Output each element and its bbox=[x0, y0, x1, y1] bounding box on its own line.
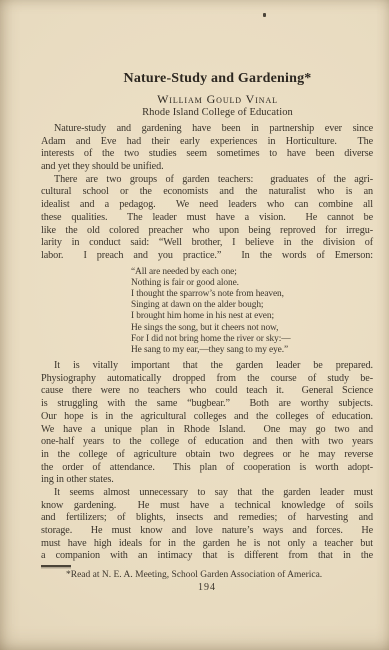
text-line: I thought the sparrow’s note from heaven… bbox=[131, 289, 373, 300]
text-line: like the old colored preacher who upon b… bbox=[41, 225, 373, 238]
heading-block: Nature-Study and Gardening* William Goul… bbox=[41, 71, 373, 118]
text-line: labor. I preach and you practice.” In th… bbox=[41, 250, 373, 263]
text-line: larity in conduct said: “Well brother, I… bbox=[41, 237, 373, 250]
affiliation-line: Rhode Island College of Education bbox=[62, 107, 373, 118]
text-line: We have a unique plan in Rhode Island. O… bbox=[41, 424, 373, 437]
text-line: the order of attendance. This plan of co… bbox=[41, 462, 373, 475]
paragraph: It seems almost unnecessary to say that … bbox=[41, 487, 373, 563]
footnote-rule bbox=[41, 565, 71, 567]
text-line: It is vitally important that the garden … bbox=[41, 360, 373, 373]
text-line: know gardening. He must have a technical… bbox=[41, 500, 373, 513]
text-line: I brought him home in his nest at even; bbox=[131, 311, 373, 322]
text-line: For I did not bring home the river or sk… bbox=[131, 334, 373, 345]
footnote-block: *Read at N. E. A. Meeting, School Garden… bbox=[41, 565, 373, 581]
text-line: Nothing is fair or good alone. bbox=[131, 278, 373, 289]
text-line: There are two groups of garden teachers:… bbox=[41, 174, 373, 187]
paragraph: Nature-study and gardening have been in … bbox=[41, 123, 373, 174]
text-line: He sings the song, but it cheers not now… bbox=[131, 323, 373, 334]
text-line: cultural school or the economists and th… bbox=[41, 186, 373, 199]
book-page: Nature-Study and Gardening* William Goul… bbox=[0, 0, 389, 650]
text-line: Nature-study and gardening have been in … bbox=[41, 123, 373, 136]
paragraph: It is vitally important that the garden … bbox=[41, 360, 373, 487]
text-line: It seems almost unnecessary to say that … bbox=[41, 487, 373, 500]
text-line: is struggling with the same “bugbear.” B… bbox=[41, 398, 373, 411]
text-line: Our hope is in the agricultural colleges… bbox=[41, 411, 373, 424]
paragraph: There are two groups of garden teachers:… bbox=[41, 174, 373, 263]
footnote-text: *Read at N. E. A. Meeting, School Garden… bbox=[66, 570, 373, 581]
text-line: and yet they should be unified. bbox=[41, 161, 373, 174]
body-copy: Nature-study and gardening have been in … bbox=[41, 123, 373, 563]
text-line: ing in other states. bbox=[41, 474, 373, 487]
text-line: Physiography automatically dropped from … bbox=[41, 373, 373, 386]
text-line: a companion with an intimacy that is dif… bbox=[41, 550, 373, 563]
text-line: Adam and Eve had their early experiences… bbox=[41, 136, 373, 149]
text-line: storage. He must know and love nature’s … bbox=[41, 525, 373, 538]
text-line: must have high ideals for in the garden … bbox=[41, 538, 373, 551]
page-number: 194 bbox=[41, 582, 373, 593]
text-line: idealist and a pedagog. We need leaders … bbox=[41, 199, 373, 212]
page-title: Nature-Study and Gardening* bbox=[62, 71, 373, 86]
text-line: He sang to my ear,—they sang to my eye.” bbox=[131, 345, 373, 356]
text-block: Nature-Study and Gardening* William Goul… bbox=[41, 0, 373, 563]
text-line: these qualities. The leader must have a … bbox=[41, 212, 373, 225]
author-name: William Gould Vinal bbox=[62, 93, 373, 105]
text-line: interests of the two studies seem someti… bbox=[41, 148, 373, 161]
text-line: in the college of agriculture obtain two… bbox=[41, 449, 373, 462]
emerson-poem: “All are needed by each one;Nothing is f… bbox=[131, 267, 373, 357]
text-line: and fertilizers; of blights, insects and… bbox=[41, 512, 373, 525]
text-line: Singing at dawn on the alder bough; bbox=[131, 300, 373, 311]
text-line: “All are needed by each one; bbox=[131, 267, 373, 278]
text-line: one-half years to the college of educati… bbox=[41, 436, 373, 449]
text-line: cause there were no teachers who could t… bbox=[41, 385, 373, 398]
